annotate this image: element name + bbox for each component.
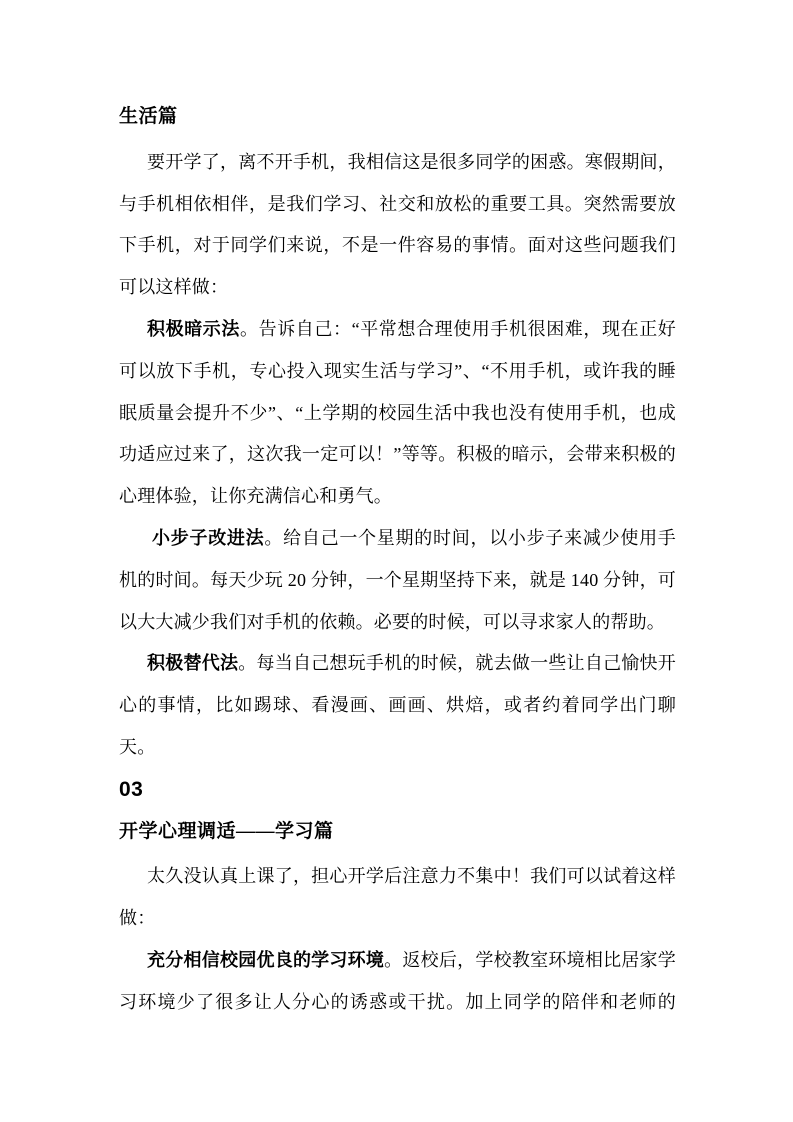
paragraph-intro-phone: 要开学了，离不开手机，我相信这是很多同学的困惑。寒假期间，与手机相依相伴，是我们… [119, 142, 676, 309]
paragraph-lead: 小步子改进法 [152, 528, 264, 548]
paragraph-small-steps: 小步子改进法。给自己一个星期的时间，以小步子来减少使用手机的时间。每天少玩 20… [119, 518, 676, 643]
paragraph-lead: 积极替代法 [147, 653, 238, 673]
paragraph-study-intro: 太久没认真上课了，担心开学后注意力不集中！我们可以试着这样做： [119, 856, 676, 940]
page-content: 生活篇 要开学了，离不开手机，我相信这是很多同学的困惑。寒假期间，与手机相依相伴… [119, 96, 676, 1024]
paragraph-trust-campus: 充分相信校园优良的学习环境。返校后，学校教室环境相比居家学习环境少了很多让人分心… [119, 940, 676, 1024]
paragraph-text: 太久没认真上课了，担心开学后注意力不集中！我们可以试着这样做： [119, 866, 676, 928]
paragraph-text: 要开学了，离不开手机，我相信这是很多同学的困惑。寒假期间，与手机相依相伴，是我们… [119, 152, 676, 297]
paragraph-lead: 充分相信校园优良的学习环境 [147, 950, 384, 970]
section-number: 03 [119, 769, 676, 811]
paragraph-positive-suggestion: 积极暗示法。告诉自己：“平常想合理使用手机很困难，现在正好可以放下手机，专心投入… [119, 309, 676, 518]
paragraph-lead: 积极暗示法 [147, 319, 240, 339]
life-section-heading: 生活篇 [119, 96, 676, 138]
document-page: 生活篇 要开学了，离不开手机，我相信这是很多同学的困惑。寒假期间，与手机相依相伴… [0, 0, 793, 1122]
study-section-heading: 开学心理调适——学习篇 [119, 811, 676, 853]
paragraph-positive-substitution: 积极替代法。每当自己想玩手机的时候，就去做一些让自己愉快开心的事情，比如踢球、看… [119, 643, 676, 768]
paragraph-text: 。告诉自己：“平常想合理使用手机很困难，现在正好可以放下手机，专心投入现实生活与… [119, 319, 676, 506]
